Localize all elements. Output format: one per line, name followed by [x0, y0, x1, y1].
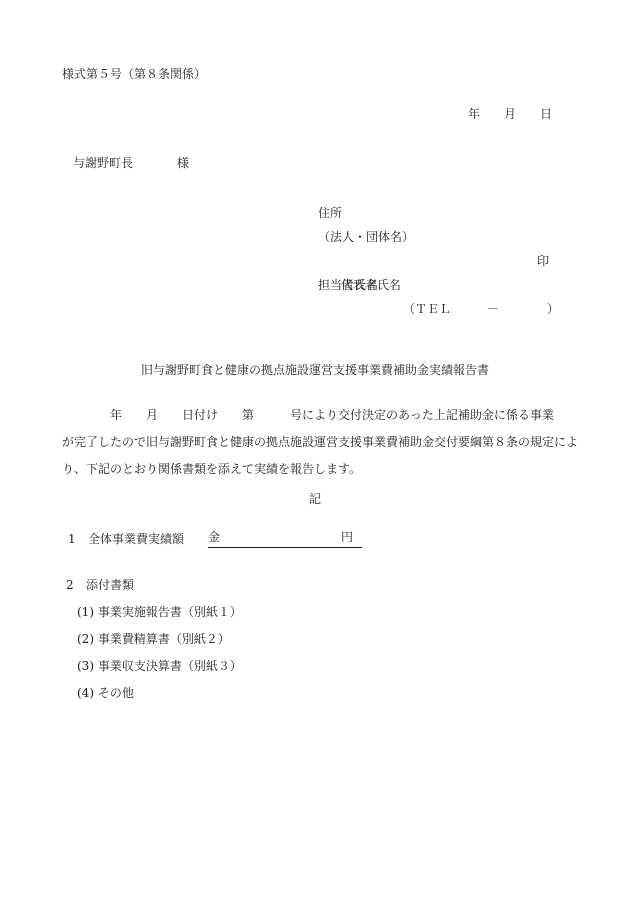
sender-block: 住所 （法人・団体名） 代表者氏名 印 担当者氏名 （ＴＥＬ － ）	[318, 201, 578, 321]
item2-label: 添付書類	[86, 578, 134, 592]
sender-tel-line: （ＴＥＬ － ）	[403, 297, 578, 321]
attachment-item-2: (2) 事業費精算書（別紙２）	[77, 626, 242, 653]
attachment-item-4: (4) その他	[77, 680, 242, 707]
date-blank-line: 年 月 日	[468, 106, 552, 122]
record-heading: 記	[0, 491, 630, 507]
body-line-3: り、下記のとおり関係書類を添えて実績を報告します。	[62, 456, 578, 483]
addressee-name: 与謝野町長	[73, 156, 133, 170]
item2-header: 2添付書類	[66, 572, 242, 599]
attachment-item-3: (3) 事業収支決算書（別紙３）	[77, 653, 242, 680]
sender-address-label: 住所	[318, 201, 578, 225]
attachment-item-1: (1) 事業実施報告書（別紙１）	[77, 599, 242, 626]
body-paragraph: 年 月 日付け 第 号により交付決定のあった上記補助金に係る事業 が完了したので…	[62, 402, 578, 483]
item1-label: 全体事業費実績額	[88, 532, 184, 546]
addressee-row: 与謝野町長様	[73, 155, 189, 171]
amount-suffix: 円	[341, 529, 353, 545]
sender-org-label: （法人・団体名）	[318, 225, 578, 249]
representative-label: 代表者氏名	[341, 278, 401, 292]
body-line-2: が完了したので旧与謝野町食と健康の拠点施設運営支援事業費補助金交付要綱第８条の規…	[62, 429, 578, 456]
item-total-expense-row: 1全体事業費実績額 金 円	[68, 531, 488, 553]
amount-blank-field: 金 円	[208, 529, 362, 548]
body-line-1: 年 月 日付け 第 号により交付決定のあった上記補助金に係る事業	[62, 402, 578, 429]
amount-prefix: 金	[208, 529, 220, 545]
seal-mark: 印	[537, 249, 549, 273]
addressee-honorific: 様	[177, 156, 189, 170]
item1-number: 1	[68, 531, 88, 547]
item-attachments-block: 2添付書類 (1) 事業実施報告書（別紙１） (2) 事業費精算書（別紙２） (…	[66, 572, 242, 707]
attachment-list: (1) 事業実施報告書（別紙１） (2) 事業費精算書（別紙２） (3) 事業収…	[77, 599, 242, 707]
sender-representative-line: 代表者氏名 印	[318, 249, 578, 273]
item2-number: 2	[66, 572, 86, 599]
document-title: 旧与謝野町食と健康の拠点施設運営支援事業費補助金実績報告書	[0, 362, 630, 378]
document-page: 様式第５号（第８条関係） 年 月 日 与謝野町長様 住所 （法人・団体名） 代表…	[0, 0, 630, 903]
form-number: 様式第５号（第８条関係）	[62, 66, 206, 82]
